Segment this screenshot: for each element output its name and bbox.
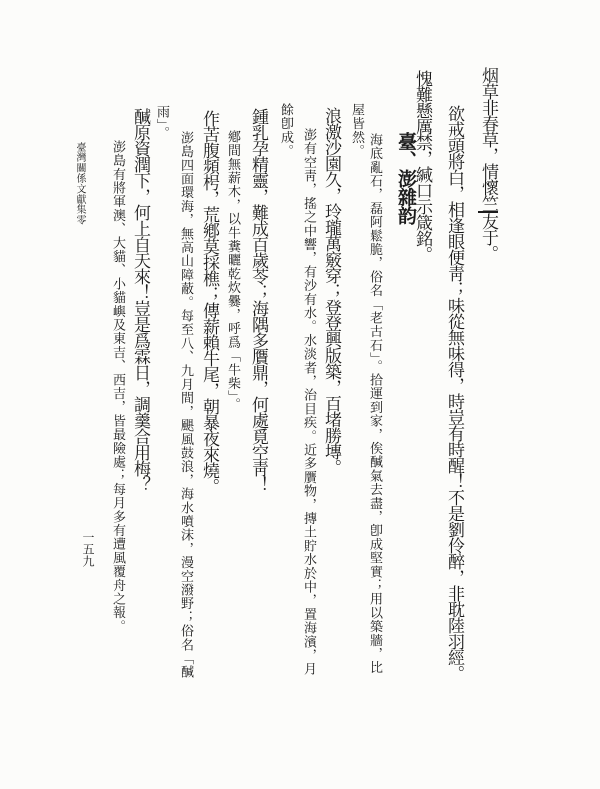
note-column-continuation: 雨」。 [152, 105, 170, 140]
poem-column: 鍾乳孕精靈，難成百歲苓；海隅多贋鼎，何處覓空靑！ [247, 108, 269, 492]
note-column: 海底亂石，磊阿鬆脆，俗名「老古石」。拾運到家，俟醎氣去盡，卽成堅實；用以築牆，比 [365, 133, 383, 675]
poem-column: 烟草非春草，情懷竺友于。 [477, 67, 499, 261]
note-column: 鄕間無薪木，以牛糞曬乾炊爨，呼爲「牛柴」。 [223, 130, 241, 411]
emphasis-marked-char: 竺 [478, 195, 498, 213]
poem-column: 浪激沙園久，玲瓏萬竅穿；登登興版築，百堵勝塼。 [320, 107, 342, 475]
section-title: 臺、澎雜韵 [394, 132, 418, 225]
scanned-book-page: 烟草非春草，情懷竺友于。 欲戒頭將白，相逢眼便靑；味從無味得，時豈有時醒！不是劉… [0, 0, 600, 789]
note-column: 澎島有將軍澳、大貓、小貓嶼及東吉、西吉，皆最險處；每月多有遭風覆舟之報。 [108, 140, 126, 633]
note-column-continuation: 屋皆然。 [347, 103, 365, 158]
poem-text: 友于。 [478, 213, 498, 261]
page-number: 一五九 [80, 531, 96, 567]
poem-column: 醎原資潤下，何上自天來！豈是爲霖日，調羹合用梅？ [129, 108, 151, 492]
poem-text: 烟草非春草，情懷 [478, 67, 498, 195]
note-column: 澎島四面環海，無高山障蔽。每至八、九月間，颶風鼓浪，海水噴沫，漫空潑野；俗名「醎 [176, 131, 194, 679]
poem-column: 欲戒頭將白，相逢眼便靑；味從無味得，時豈有時醒！不是劉伶醉，非耽陸羽經。 [443, 105, 465, 681]
running-book-title: 臺灣關係文獻集零 [72, 142, 86, 225]
note-column-continuation: 餘卽成。 [276, 103, 294, 158]
note-column: 澎有空靑，搖之中響，有沙有水。水淡者，治目疾。近多贋物，摶土貯水於中，置海濱，月 [299, 128, 317, 676]
poem-column: 作苦腹頻枵，荒鄕莫採樵；傳薪賴牛尾，朝暴夜來燒。 [198, 110, 220, 494]
